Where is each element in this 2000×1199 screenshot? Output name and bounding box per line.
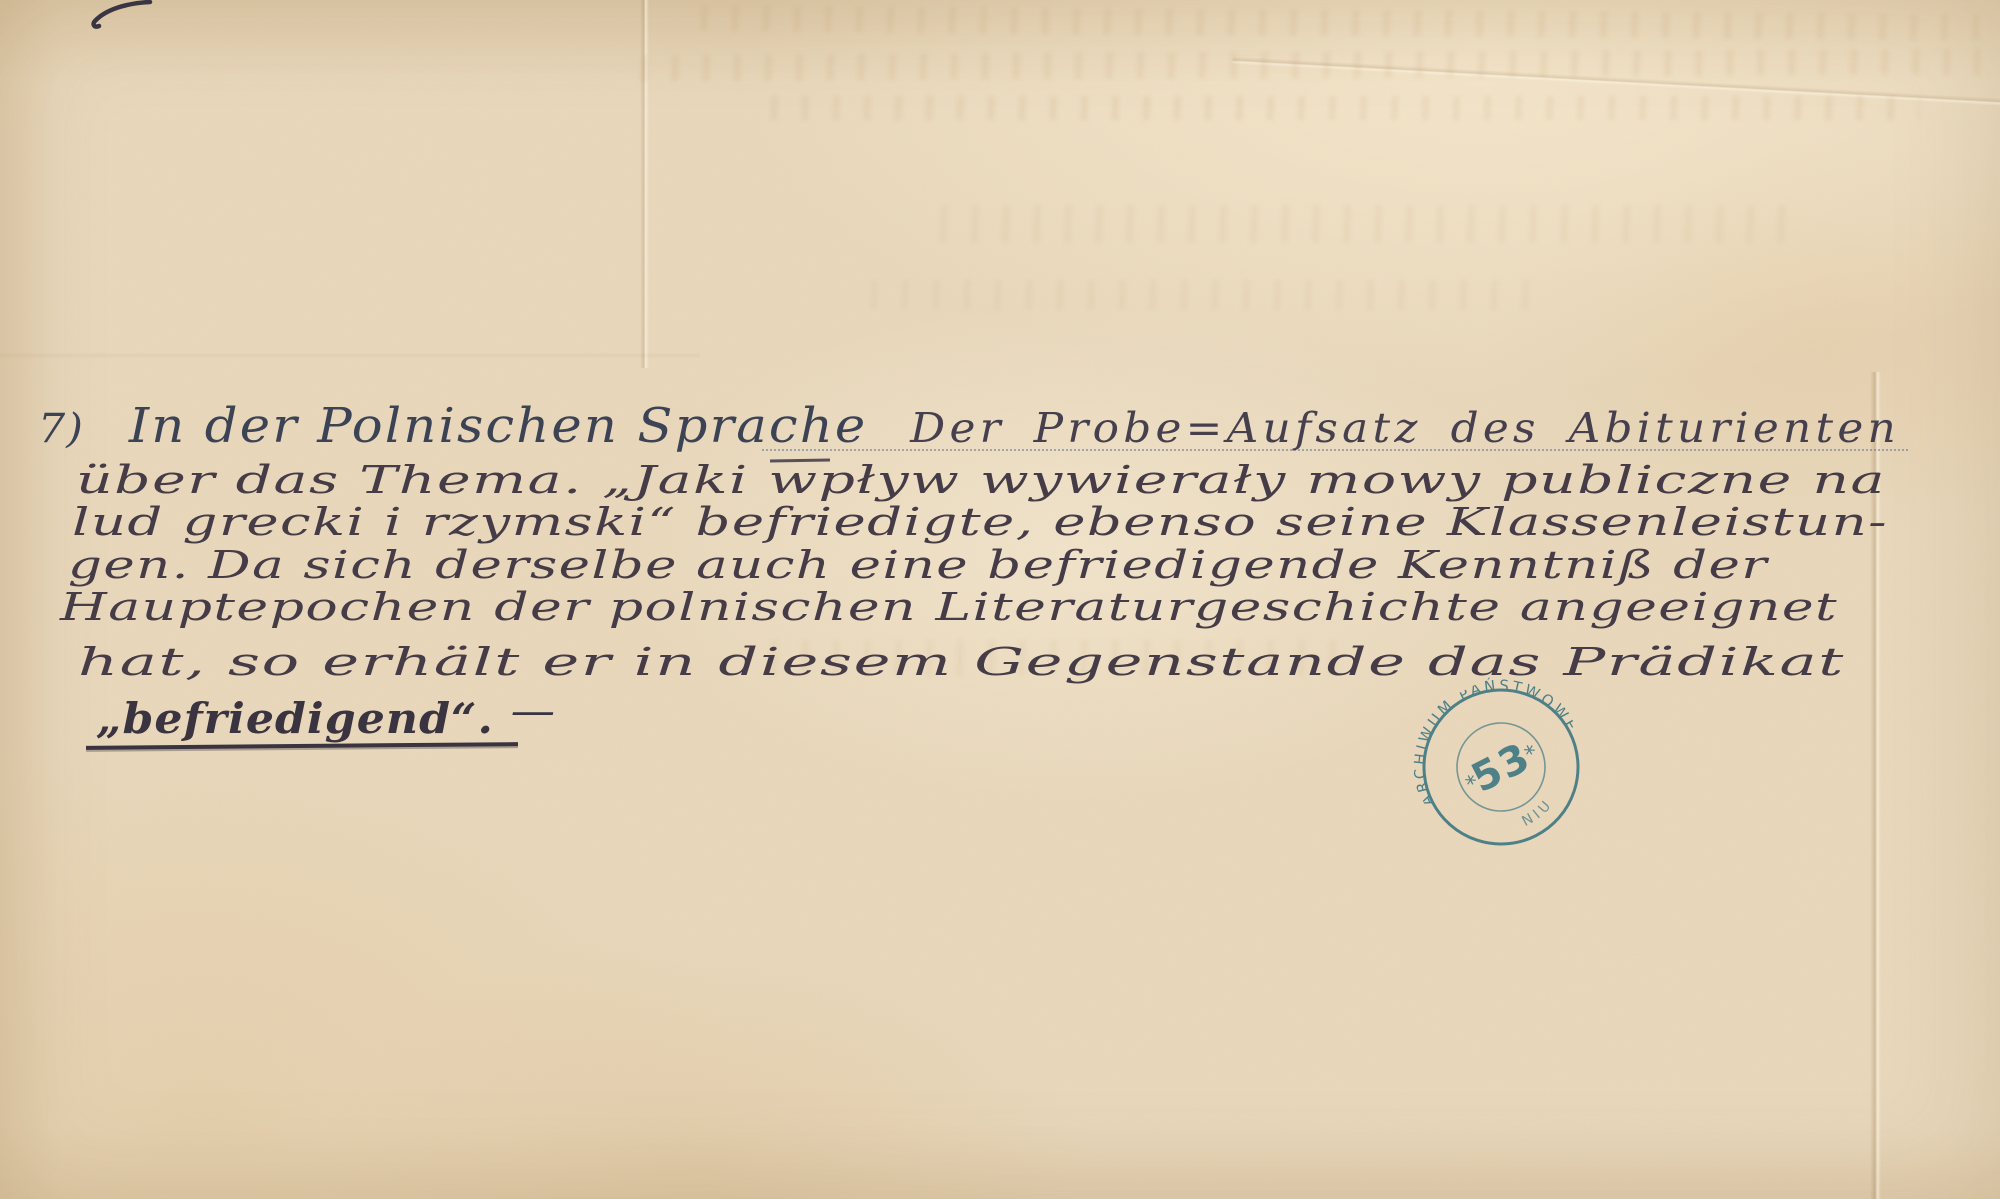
ink-bleedthrough-band [690,5,1980,40]
ink-bleedthrough-band [930,205,1790,243]
ink-bleedthrough-band [860,280,1540,310]
vertical-fold-crease [640,0,649,368]
evaluation-text-line4: gen. Da sich derselbe auch eine befriedi… [68,543,1768,587]
subject-heading: In der Polnischen Sprache [129,398,867,454]
trailing-dash: — [511,686,556,735]
evaluation-text-line2: über das Thema. „Jaki wpływ wywierały mo… [76,458,1886,502]
ink-bleedthrough-band [630,48,1980,81]
evaluation-text-line5: Hauptepochen der polnischen Literaturges… [60,585,1838,629]
pen-stroke-fragment [88,0,158,30]
manuscript-line-5: Hauptepochen der polnischen Literaturges… [60,585,1838,629]
manuscript-line-1: 7) In der Polnischen Sprache Der Probe=A… [38,398,1900,454]
ink-bleedthrough-band [760,96,1920,120]
manuscript-line-3: lud grecki i rzymski“ befriedigte, ebens… [72,500,1888,544]
manuscript-line-4: gen. Da sich derselbe auch eine befriedi… [68,543,1768,587]
grade-word: „befriedigend“. [96,694,494,743]
manuscript-grade-line: „befriedigend“.— [96,694,556,743]
diagonal-fold-crease [1232,56,2000,107]
document-page: 7) In der Polnischen Sprache Der Probe=A… [0,0,2000,1199]
evaluation-text-line1: Der Probe=Aufsatz des Abiturienten [910,404,1900,452]
evaluation-text-line3: lud grecki i rzymski“ befriedigte, ebens… [72,500,1888,544]
manuscript-line-6: hat, so erhält er in diesem Gegenstande … [78,640,1845,684]
archive-round-stamp: ARCHIWUM PAŃSTWOWE NIU 53 * * [1387,653,1616,882]
grade-underline [86,742,518,750]
evaluation-text-line6: hat, so erhält er in diesem Gegenstande … [78,640,1845,684]
item-number: 7) [38,406,84,452]
horizontal-fold-crease [0,352,700,359]
manuscript-line-2: über das Thema. „Jaki wpływ wywierały mo… [76,458,1886,502]
